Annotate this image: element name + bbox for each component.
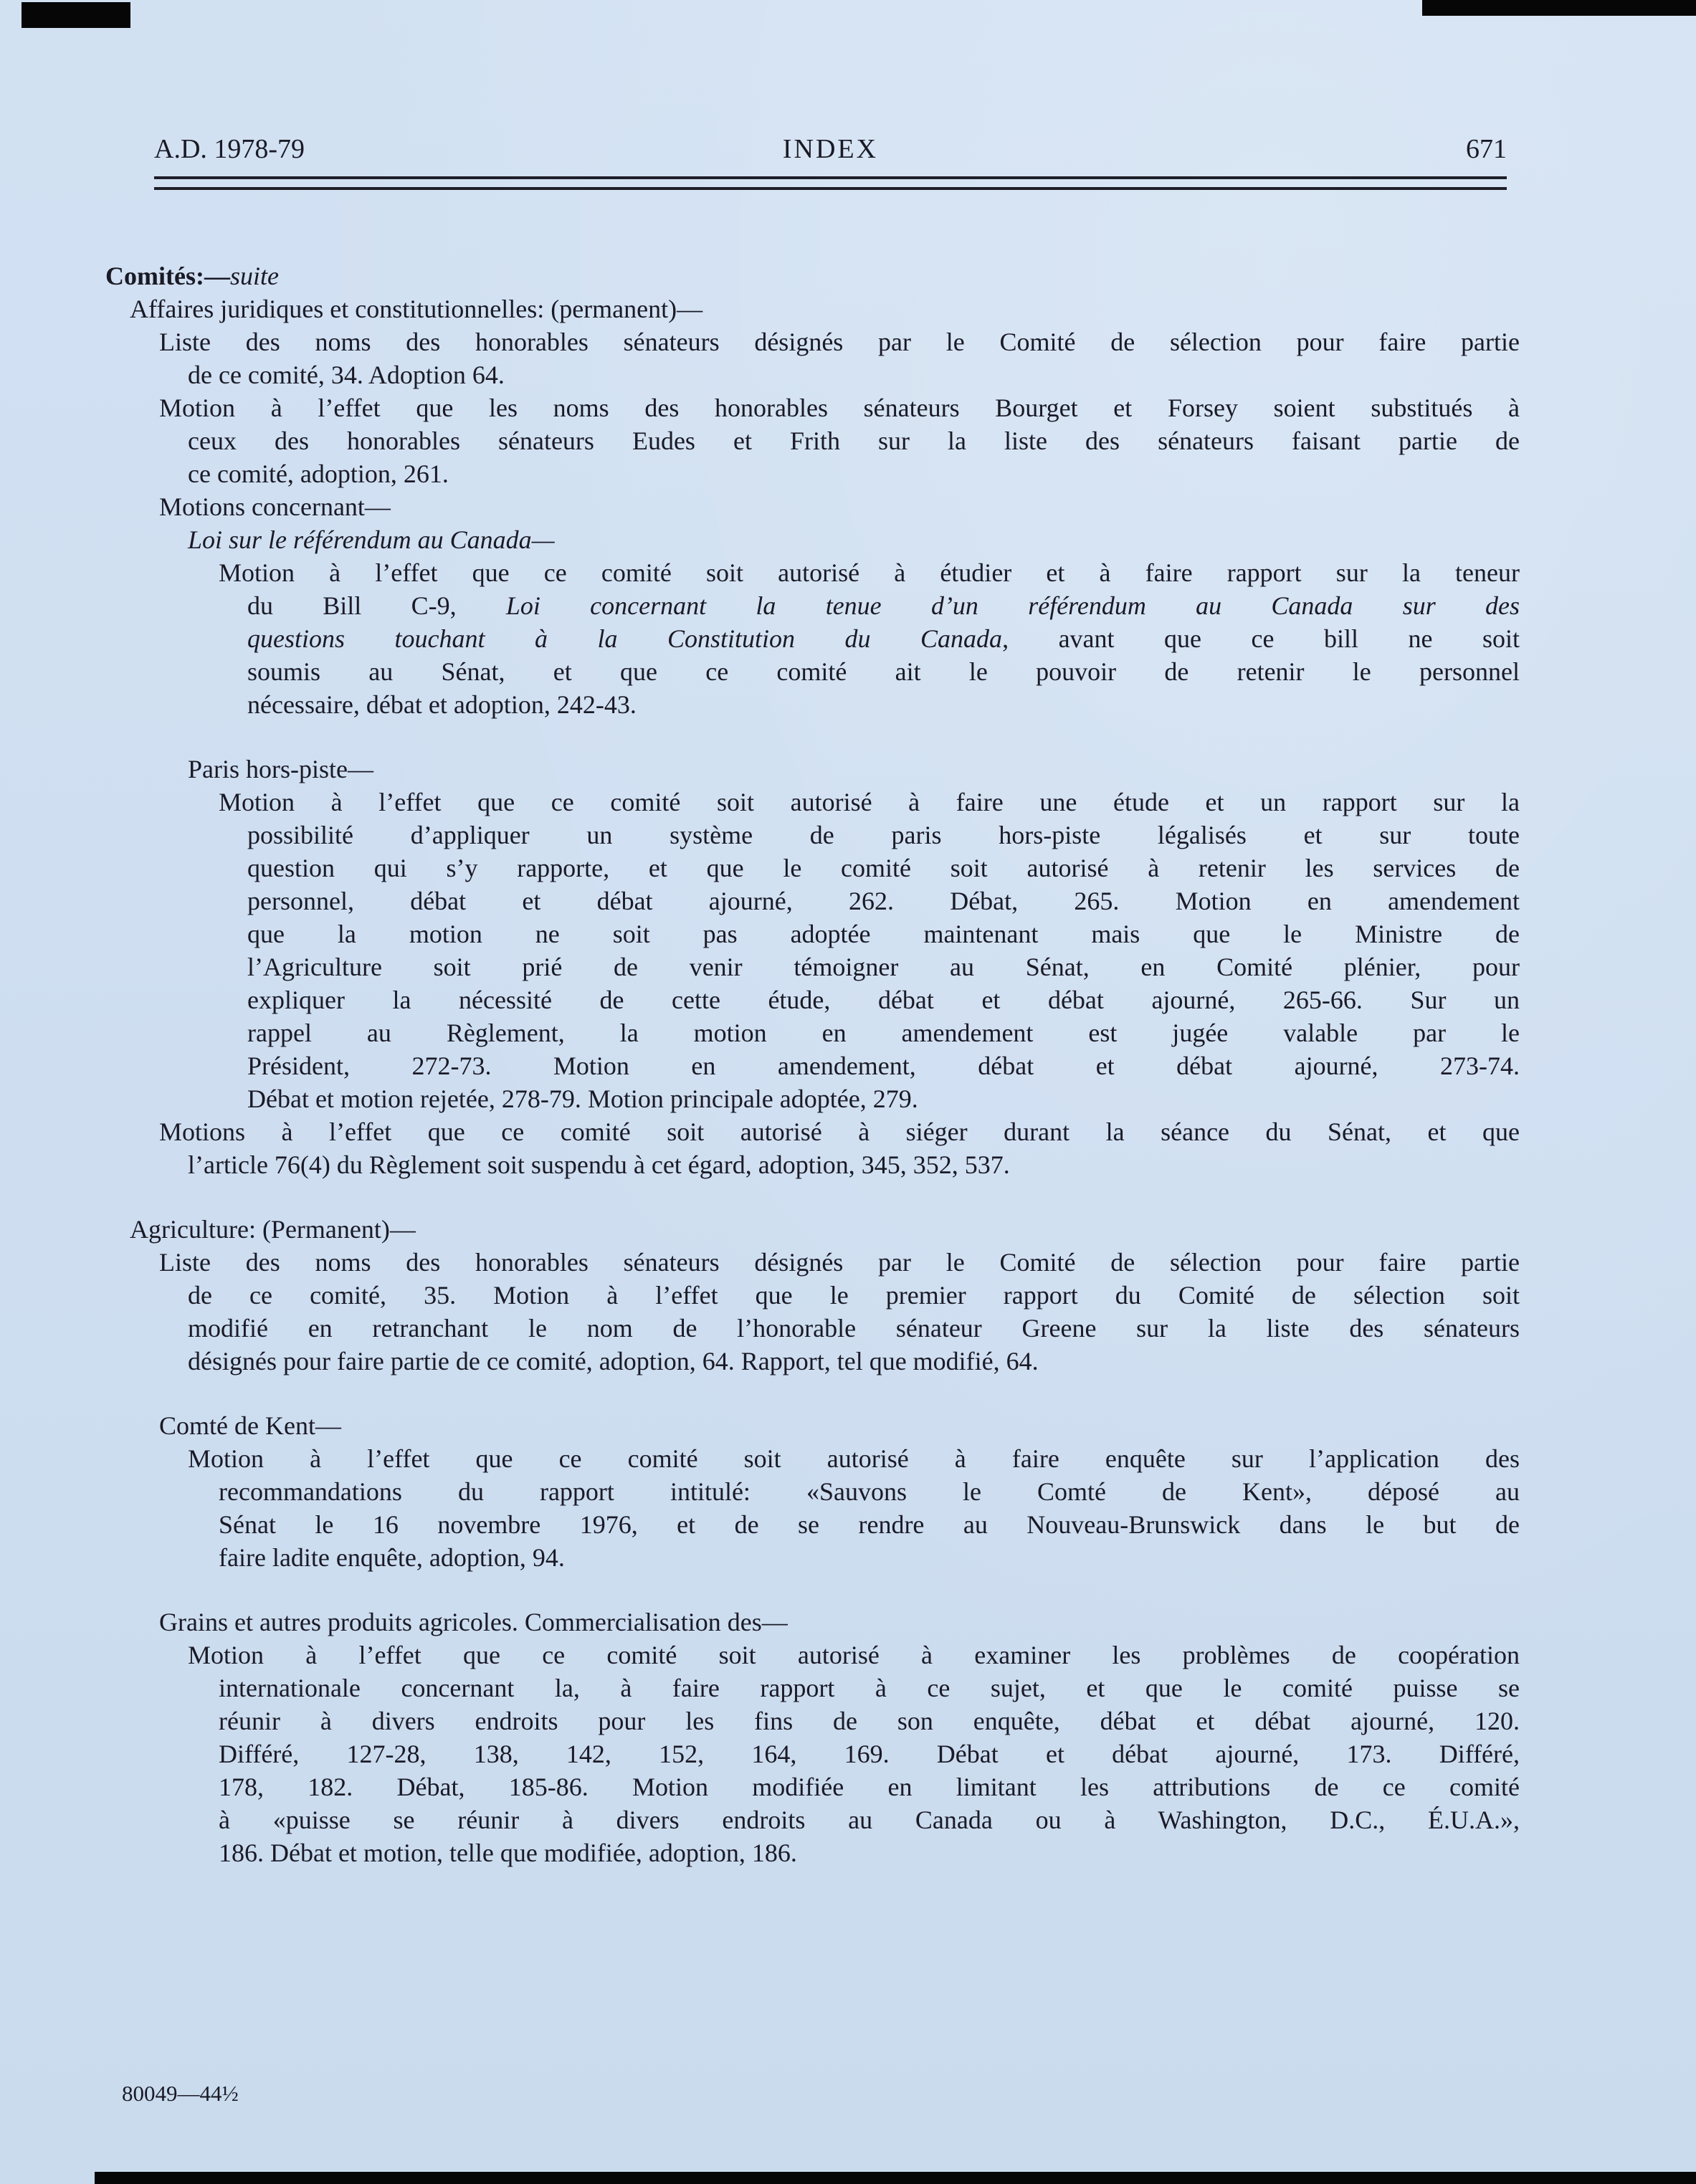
para-liste-noms-35: Liste des noms des honorables sénateurs … — [159, 1246, 1520, 1378]
plain-text: soumis au Sénat, et que ce comité ait le… — [247, 657, 1520, 686]
text-line: réunir à divers endroits pour les fins d… — [219, 1704, 1520, 1737]
text-line: possibilité d’appliquer un système de pa… — [247, 819, 1520, 852]
entry-affaires-juridiques: Affaires juridiques et constitutionnelle… — [130, 292, 1520, 325]
text-line: modifié en retranchant le nom de l’honor… — [188, 1312, 1520, 1345]
plain-text: que la motion ne soit pas adoptée mainte… — [247, 920, 1520, 948]
text-line: Liste des noms des honorables sénateurs … — [159, 1246, 1520, 1279]
plain-text: 186. Débat et motion, telle que modifiée… — [219, 1839, 797, 1867]
text-line: Président, 272-73. Motion en amendement,… — [247, 1049, 1520, 1082]
plain-text: Débat et motion rejetée, 278-79. Motion … — [247, 1084, 918, 1113]
text-line: recommandations du rapport intitulé: «Sa… — [219, 1475, 1520, 1508]
text-line: Loi sur le référendum au Canada— — [188, 523, 1520, 556]
text-line: que la motion ne soit pas adoptée mainte… — [247, 917, 1520, 950]
plain-text: Motion à l’effet que ce comité soit auto… — [219, 788, 1520, 816]
plain-text: personnel, débat et débat ajourné, 262. … — [247, 887, 1520, 915]
scan-artifact-bottom — [95, 2172, 1696, 2184]
entry-comte-de-kent: Comté de Kent— — [159, 1409, 1520, 1442]
italic-text: suite — [230, 262, 279, 290]
plain-text: Affaires juridiques et constitutionnelle… — [130, 295, 702, 323]
para-liste-noms-34: Liste des noms des honorables sénateurs … — [159, 325, 1520, 391]
entry-comites-suite: Comités:—suite — [105, 259, 1520, 292]
text-line: soumis au Sénat, et que ce comité ait le… — [247, 655, 1520, 688]
bold-text: Comités:— — [105, 262, 230, 290]
plain-text: possibilité d’appliquer un système de pa… — [247, 821, 1520, 849]
para-motion-grains: Motion à l’effet que ce comité soit auto… — [188, 1639, 1520, 1869]
text-line: désignés pour faire partie de ce comité,… — [188, 1345, 1520, 1378]
text-line: l’article 76(4) du Règlement soit suspen… — [188, 1148, 1520, 1181]
plain-text: Sénat le 16 novembre 1976, et de se rend… — [219, 1510, 1520, 1539]
italic-text: questions touchant à la Constitution du … — [247, 624, 1002, 653]
plain-text: Paris hors-piste— — [188, 755, 373, 783]
plain-text: , avant que ce bill ne soit — [1002, 624, 1520, 653]
text-line: Motion à l’effet que les noms des honora… — [159, 391, 1520, 424]
scanned-index-page: A.D. 1978-79 INDEX 671 Comités:—suiteAff… — [0, 0, 1696, 2184]
text-line: expliquer la nécessité de cette étude, d… — [247, 983, 1520, 1016]
plain-text: Comté de Kent— — [159, 1411, 341, 1440]
plain-text: réunir à divers endroits pour les fins d… — [219, 1707, 1520, 1735]
entry-grains-produits-agricoles: Grains et autres produits agricoles. Com… — [159, 1606, 1520, 1639]
plain-text: rappel au Règlement, la motion en amende… — [247, 1019, 1520, 1047]
header-index-title: INDEX — [154, 133, 1507, 165]
text-line: 178, 182. Débat, 185-86. Motion modifiée… — [219, 1770, 1520, 1803]
text-line: nécessaire, débat et adoption, 242-43. — [247, 688, 1520, 721]
text-line: question qui s’y rapporte, et que le com… — [247, 852, 1520, 884]
text-line: l’Agriculture soit prié de venir témoign… — [247, 950, 1520, 983]
plain-text: Liste des noms des honorables sénateurs … — [159, 1248, 1520, 1277]
plain-text: nécessaire, débat et adoption, 242-43. — [247, 690, 637, 719]
plain-text: question qui s’y rapporte, et que le com… — [247, 854, 1520, 882]
plain-text: Motion à l’effet que ce comité soit auto… — [188, 1444, 1520, 1473]
scan-artifact-top-left — [22, 2, 130, 28]
plain-text: ceux des honorables sénateurs Eudes et F… — [188, 426, 1520, 455]
plain-text: Président, 272-73. Motion en amendement,… — [247, 1052, 1520, 1080]
italic-text: Loi concernant la tenue d’un référendum … — [506, 591, 1520, 620]
text-line: Différé, 127-28, 138, 142, 152, 164, 169… — [219, 1737, 1520, 1770]
text-line: Motions à l’effet que ce comité soit aut… — [159, 1115, 1520, 1148]
plain-text: Motions concernant— — [159, 492, 391, 521]
plain-text: l’article 76(4) du Règlement soit suspen… — [188, 1150, 1010, 1179]
header-rule-top — [154, 176, 1507, 179]
text-line: Motion à l’effet que ce comité soit auto… — [219, 556, 1520, 589]
plain-text: de ce comité, 34. Adoption 64. — [188, 361, 505, 389]
text-line: Paris hors-piste— — [188, 753, 1520, 786]
plain-text: 178, 182. Débat, 185-86. Motion modifiée… — [219, 1773, 1520, 1801]
text-line: de ce comité, 34. Adoption 64. — [188, 358, 1520, 391]
text-line: Affaires juridiques et constitutionnelle… — [130, 292, 1520, 325]
text-line: Motions concernant— — [159, 490, 1520, 523]
plain-text: Motion à l’effet que ce comité soit auto… — [188, 1641, 1520, 1669]
text-line: rappel au Règlement, la motion en amende… — [247, 1016, 1520, 1049]
text-line: Motion à l’effet que ce comité soit auto… — [188, 1639, 1520, 1672]
plain-text: Motion à l’effet que ce comité soit auto… — [219, 558, 1520, 587]
text-line: Comté de Kent— — [159, 1409, 1520, 1442]
text-line: Liste des noms des honorables sénateurs … — [159, 325, 1520, 358]
entry-agriculture: Agriculture: (Permanent)— — [130, 1213, 1520, 1246]
plain-text: Motion à l’effet que les noms des honora… — [159, 394, 1520, 422]
imprint-code: 80049—44½ — [122, 2081, 239, 2107]
text-line: du Bill C-9, Loi concernant la tenue d’u… — [247, 589, 1520, 622]
plain-text: ce comité, adoption, 261. — [188, 459, 449, 488]
text-line: ceux des honorables sénateurs Eudes et F… — [188, 424, 1520, 457]
plain-text: internationale concernant la, à faire ra… — [219, 1674, 1520, 1702]
text-line: Sénat le 16 novembre 1976, et de se rend… — [219, 1508, 1520, 1541]
page-header: A.D. 1978-79 INDEX 671 — [154, 133, 1507, 168]
plain-text: Agriculture: (Permanent)— — [130, 1215, 416, 1244]
index-entries: Comités:—suiteAffaires juridiques et con… — [0, 259, 1696, 1869]
scan-artifact-top-right — [1422, 0, 1696, 16]
text-line: 186. Débat et motion, telle que modifiée… — [219, 1836, 1520, 1869]
para-motion-comte-kent: Motion à l’effet que ce comité soit auto… — [188, 1442, 1520, 1574]
plain-text: de ce comité, 35. Motion à l’effet que l… — [188, 1281, 1520, 1310]
para-motions-sieger: Motions à l’effet que ce comité soit aut… — [159, 1115, 1520, 1181]
text-line: Débat et motion rejetée, 278-79. Motion … — [247, 1082, 1520, 1115]
text-line: ce comité, adoption, 261. — [188, 457, 1520, 490]
text-line: Agriculture: (Permanent)— — [130, 1213, 1520, 1246]
plain-text: Grains et autres produits agricoles. Com… — [159, 1608, 788, 1636]
plain-text: à «puisse se réunir à divers endroits au… — [219, 1806, 1520, 1834]
text-line: Comités:—suite — [105, 259, 1520, 292]
italic-text: Loi sur le référendum au Canada— — [188, 525, 555, 554]
text-line: à «puisse se réunir à divers endroits au… — [219, 1803, 1520, 1836]
header-rule-bottom — [154, 187, 1507, 190]
entry-loi-referendum: Loi sur le référendum au Canada— — [188, 523, 1520, 556]
plain-text: désignés pour faire partie de ce comité,… — [188, 1347, 1039, 1375]
text-line: Motion à l’effet que ce comité soit auto… — [219, 786, 1520, 819]
para-motion-bill-c9: Motion à l’effet que ce comité soit auto… — [219, 556, 1520, 721]
text-line: faire ladite enquête, adoption, 94. — [219, 1541, 1520, 1574]
entry-paris-hors-piste: Paris hors-piste— — [188, 753, 1520, 786]
plain-text: faire ladite enquête, adoption, 94. — [219, 1543, 565, 1572]
plain-text: Différé, 127-28, 138, 142, 152, 164, 169… — [219, 1740, 1520, 1768]
plain-text: modifié en retranchant le nom de l’honor… — [188, 1314, 1520, 1343]
text-line: internationale concernant la, à faire ra… — [219, 1672, 1520, 1704]
text-line: personnel, débat et débat ajourné, 262. … — [247, 884, 1520, 917]
text-line: questions touchant à la Constitution du … — [247, 622, 1520, 655]
text-line: de ce comité, 35. Motion à l’effet que l… — [188, 1279, 1520, 1312]
plain-text: recommandations du rapport intitulé: «Sa… — [219, 1477, 1520, 1506]
plain-text: du Bill C-9, — [247, 591, 506, 620]
para-motion-bourget-forsey: Motion à l’effet que les noms des honora… — [159, 391, 1520, 490]
plain-text: l’Agriculture soit prié de venir témoign… — [247, 953, 1520, 981]
plain-text: expliquer la nécessité de cette étude, d… — [247, 986, 1520, 1014]
plain-text: Motions à l’effet que ce comité soit aut… — [159, 1117, 1520, 1146]
text-line: Motion à l’effet que ce comité soit auto… — [188, 1442, 1520, 1475]
para-motion-paris-hors-piste: Motion à l’effet que ce comité soit auto… — [219, 786, 1520, 1115]
plain-text: Liste des noms des honorables sénateurs … — [159, 328, 1520, 356]
entry-motions-concernant: Motions concernant— — [159, 490, 1520, 523]
text-line: Grains et autres produits agricoles. Com… — [159, 1606, 1520, 1639]
header-page-number: 671 — [1466, 133, 1507, 165]
